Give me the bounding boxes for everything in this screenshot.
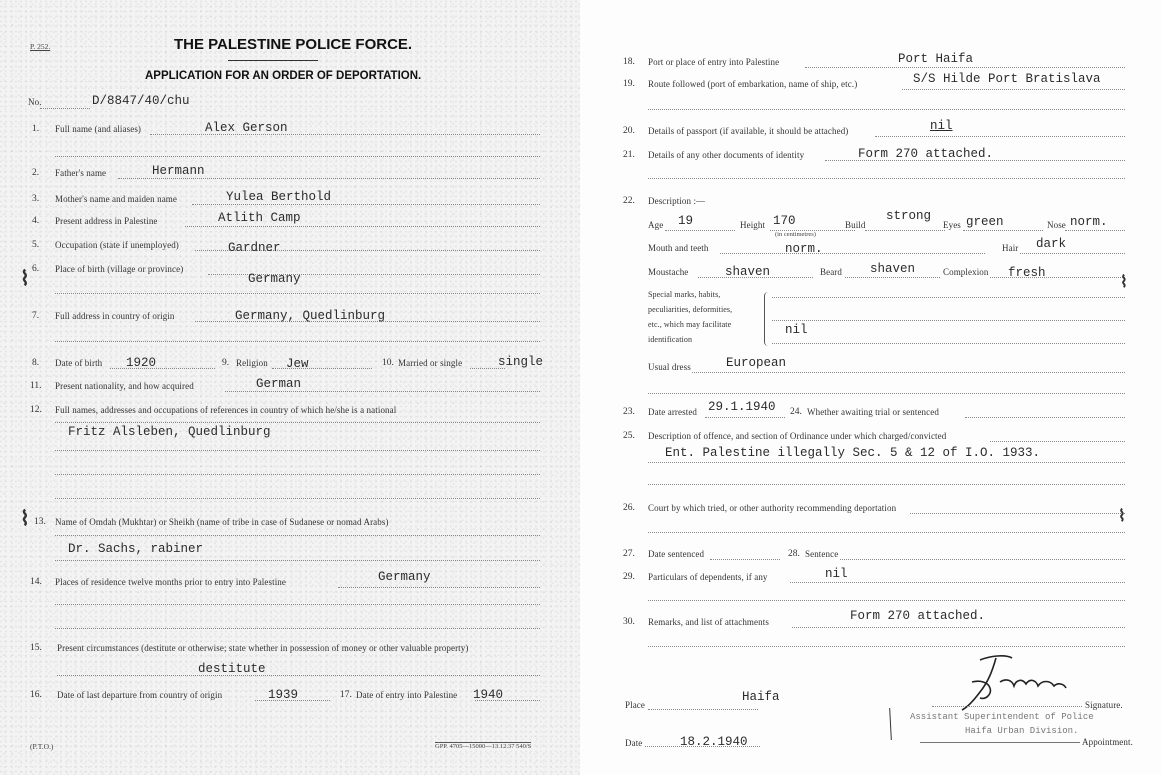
identity-docs-value: Form 270 attached. xyxy=(858,147,993,161)
field-number: 3. xyxy=(32,194,39,204)
nationality-value: German xyxy=(256,377,301,391)
complexion-label: Complexion xyxy=(943,267,989,277)
dependents-label: Particulars of dependents, if any xyxy=(648,572,768,582)
binder-clip-icon: ⌇ xyxy=(20,266,30,290)
date-value: 18.2.1940 xyxy=(680,735,748,749)
offence-value: Ent. Palestine illegally Sec. 5 & 12 of … xyxy=(665,446,1040,460)
circumstances-label: Present circumstances (destitute or othe… xyxy=(57,643,469,653)
field-number: 4. xyxy=(32,216,39,226)
field-number: 20. xyxy=(623,126,635,136)
pto-note: (P.T.O.) xyxy=(30,742,53,751)
number-label: No. xyxy=(28,97,42,107)
field-number: 13. xyxy=(34,517,46,527)
field-number: 1. xyxy=(32,124,39,134)
form-code: P. 252. xyxy=(30,42,50,51)
binder-clip-icon: ⌇ xyxy=(20,506,30,530)
passport-value: nil xyxy=(930,119,953,133)
marital-status-value: single xyxy=(498,355,543,369)
religion-value: Jew xyxy=(286,357,309,371)
mouth-value: norm. xyxy=(785,242,823,256)
field-number: 8. xyxy=(32,358,39,368)
field-number: 23. xyxy=(623,407,635,417)
marital-status-label: Married or single xyxy=(398,358,462,368)
mouth-label: Mouth and teeth xyxy=(648,243,709,253)
passport-label: Details of passport (if available, it sh… xyxy=(648,126,848,136)
field-number: 15. xyxy=(30,643,42,653)
field-number: 11. xyxy=(30,381,42,391)
route-label: Route followed (port of embarkation, nam… xyxy=(648,79,857,89)
usual-dress-value: European xyxy=(726,356,786,370)
form-page-front: P. 252. THE PALESTINE POLICE FORCE. APPL… xyxy=(0,0,580,775)
fathers-name-label: Father's name xyxy=(55,168,106,178)
field-number: 14. xyxy=(30,577,42,587)
complexion-value: fresh xyxy=(1008,266,1046,280)
place-value: Haifa xyxy=(742,690,780,704)
place-of-birth-label: Place of birth (village or province) xyxy=(55,264,183,274)
signature-mark xyxy=(950,652,1090,712)
moustache-value: shaven xyxy=(725,265,770,279)
special-marks-label: peculiarities, deformities, xyxy=(648,305,732,314)
field-number: 6. xyxy=(32,264,39,274)
stamp-line-2: Haifa Urban Division. xyxy=(965,726,1078,736)
height-value: 170 xyxy=(773,214,796,228)
field-number: 12. xyxy=(30,405,42,415)
build-value: strong xyxy=(886,209,931,223)
special-marks-label: identification xyxy=(648,335,692,344)
special-marks-label: Special marks, habits, xyxy=(648,290,720,299)
full-name-value: Alex Gerson xyxy=(205,121,288,135)
references-label: Full names, addresses and occupations of… xyxy=(55,405,396,415)
title-rule xyxy=(228,60,318,61)
remarks-label: Remarks, and list of attachments xyxy=(648,617,769,627)
field-number: 17. xyxy=(340,690,352,700)
residence-value: Germany xyxy=(378,570,431,584)
height-label: Height xyxy=(740,220,765,230)
residence-label: Places of residence twelve months prior … xyxy=(55,577,286,587)
binder-clip-icon: ⌇ xyxy=(1118,506,1126,525)
field-number: 18. xyxy=(623,57,635,67)
file-number: D/8847/40/chu xyxy=(92,94,190,108)
form-page-back: 18. Port or place of entry into Palestin… xyxy=(580,0,1161,775)
departure-date-value: 1939 xyxy=(268,688,298,702)
date-sentenced-label: Date sentenced xyxy=(648,549,704,559)
age-value: 19 xyxy=(678,214,693,228)
special-marks-value: nil xyxy=(785,323,808,337)
field-number: 22. xyxy=(623,196,635,206)
hair-label: Hair xyxy=(1002,243,1018,253)
field-number: 24. xyxy=(790,407,802,417)
nose-value: norm. xyxy=(1070,215,1108,229)
full-name-label: Full name (and aliases) xyxy=(55,124,141,134)
field-number: 27. xyxy=(623,549,635,559)
moustache-label: Moustache xyxy=(648,267,688,277)
place-of-birth-value: Germany xyxy=(248,272,301,286)
occupation-value: Gardner xyxy=(228,241,281,255)
appointment-line xyxy=(920,742,1080,743)
build-label: Build xyxy=(845,220,866,230)
date-arrested-label: Date arrested xyxy=(648,407,697,417)
date-label: Date xyxy=(625,738,642,748)
date-of-birth-value: 1920 xyxy=(126,356,156,370)
binder-clip-icon: ⌇ xyxy=(1120,272,1128,291)
entry-date-label: Date of entry into Palestine xyxy=(356,690,457,700)
fathers-name-value: Hermann xyxy=(152,164,205,178)
dependents-value: nil xyxy=(825,567,848,581)
age-label: Age xyxy=(648,220,663,230)
usual-dress-label: Usual dress xyxy=(648,362,691,372)
omdah-value: Dr. Sachs, rabiner xyxy=(68,542,203,556)
circumstances-value: destitute xyxy=(198,662,266,676)
place-label: Place xyxy=(625,700,645,710)
identity-docs-label: Details of any other documents of identi… xyxy=(648,150,804,160)
occupation-label: Occupation (state if unemployed) xyxy=(55,240,179,250)
date-of-birth-label: Date of birth xyxy=(55,358,102,368)
field-number: 26. xyxy=(623,503,635,513)
court-label: Court by which tried, or other authority… xyxy=(648,503,896,513)
offence-label: Description of offence, and section of O… xyxy=(648,431,946,441)
appointment-label: Appointment. xyxy=(1082,737,1133,747)
form-title: THE PALESTINE POLICE FORCE. xyxy=(174,36,412,53)
address-origin-value: Germany, Quedlinburg xyxy=(235,309,385,323)
port-entry-label: Port or place of entry into Palestine xyxy=(648,57,779,67)
field-number: 7. xyxy=(32,311,39,321)
height-unit: (in centimetres) xyxy=(775,231,816,238)
remarks-value: Form 270 attached. xyxy=(850,609,985,623)
signature-label: Signature. xyxy=(1085,700,1123,710)
present-address-label: Present address in Palestine xyxy=(55,216,158,226)
address-origin-label: Full address in country of origin xyxy=(55,311,175,321)
port-entry-value: Port Haifa xyxy=(898,52,973,66)
field-number: 5. xyxy=(32,240,39,250)
field-number: 28. xyxy=(788,549,800,559)
eyes-value: green xyxy=(966,215,1004,229)
departure-date-label: Date of last departure from country of o… xyxy=(57,690,222,700)
route-value: S/S Hilde Port Bratislava xyxy=(913,72,1101,86)
mothers-name-value: Yulea Berthold xyxy=(226,190,331,204)
eyes-label: Eyes xyxy=(943,220,961,230)
religion-label: Religion xyxy=(236,358,268,368)
omdah-label: Name of Omdah (Mukhtar) or Sheikh (name … xyxy=(55,517,389,527)
beard-label: Beard xyxy=(820,267,842,277)
field-number: 29. xyxy=(623,572,635,582)
trial-status-label: Whether awaiting trial or sentenced xyxy=(807,407,939,417)
description-label: Description :— xyxy=(648,196,705,206)
entry-date-value: 1940 xyxy=(473,688,503,702)
field-number: 30. xyxy=(623,617,635,627)
nose-label: Nose xyxy=(1047,220,1066,230)
references-value: Fritz Alsleben, Quedlinburg xyxy=(68,425,271,439)
date-arrested-value: 29.1.1940 xyxy=(708,400,776,414)
special-marks-label: etc., which may facilitate xyxy=(648,320,731,329)
beard-value: shaven xyxy=(870,262,915,276)
field-number: 9. xyxy=(222,358,229,368)
field-number: 2. xyxy=(32,168,39,178)
field-number: 21. xyxy=(623,150,635,160)
sentence-label: Sentence xyxy=(805,549,838,559)
field-number: 16. xyxy=(30,690,42,700)
stamp-bar xyxy=(889,708,892,740)
field-number: 19. xyxy=(623,79,635,89)
field-number: 25. xyxy=(623,431,635,441)
mothers-name-label: Mother's name and maiden name xyxy=(55,194,177,204)
field-number: 10. xyxy=(382,358,394,368)
present-address-value: Atlith Camp xyxy=(218,211,301,225)
print-code: GPP. 4705—15000—13.12.37 540/S xyxy=(435,742,531,750)
hair-value: dark xyxy=(1036,237,1066,251)
nationality-label: Present nationality, and how acquired xyxy=(55,381,194,391)
form-subtitle: APPLICATION FOR AN ORDER OF DEPORTATION. xyxy=(145,70,421,82)
brace xyxy=(764,292,769,346)
stamp-line-1: Assistant Superintendent of Police xyxy=(910,712,1094,722)
